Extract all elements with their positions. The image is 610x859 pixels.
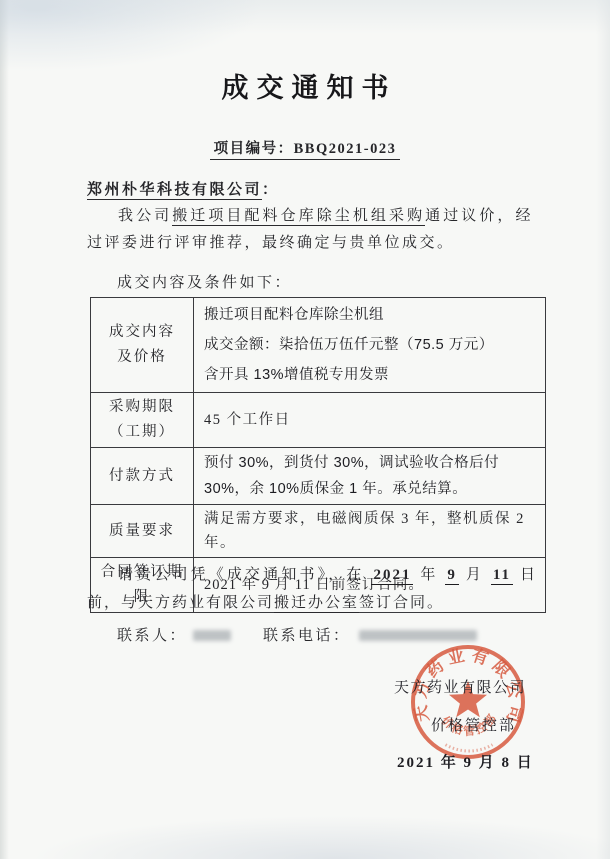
label-line: （工期）	[93, 420, 191, 445]
redacted-contact-name	[193, 630, 231, 641]
procurement-item-underlined: 搬迁项目配料仓库除尘机组采购	[172, 208, 425, 226]
cell-payment-terms: 预付 30%，到货付 30%，调试验收合格后付 30%，余 10%质保金 1 年…	[194, 448, 546, 505]
intro-paragraph: 我公司搬迁项目配料仓库除尘机组采购通过议价，经过评委进行评审推荐，最终确定与贵单…	[87, 203, 533, 257]
table-row-content-price: 成交内容 及价格 搬迁项目配料仓库除尘机组 成交金额：柒拾伍万伍仟元整（75.5…	[91, 298, 546, 393]
recipient-line: 郑州朴华科技有限公司：	[87, 178, 280, 199]
table-row-payment: 付款方式 预付 30%，到货付 30%，调试验收合格后付 30%，余 10%质保…	[91, 448, 546, 505]
award-amount: 成交金额：柒拾伍万伍仟元整（75.5 万元）	[204, 330, 537, 360]
recipient-colon: ：	[262, 182, 280, 198]
closing-seg: 年	[413, 567, 445, 583]
row-label-duration: 采购期限 （工期）	[91, 393, 194, 448]
deadline-day: 11	[491, 567, 513, 585]
row-label-payment: 付款方式	[91, 448, 194, 505]
table-row-quality: 质量要求 满足需方要求，电磁阀质保 3 年，整机质保 2 年。	[91, 505, 546, 558]
closing-seg: 签订合同。	[359, 595, 444, 611]
closing-seg: 请贵公司凭《成交通知书》，在	[118, 567, 371, 583]
cell-duration: 45 个工作日	[194, 393, 546, 448]
cell-quality: 满足需方要求，电磁阀质保 3 年，整机质保 2 年。	[194, 505, 546, 558]
row-label-content-price: 成交内容 及价格	[91, 298, 194, 393]
company-seal-stamp: 天方药业有限公司 价格管控部	[402, 641, 534, 767]
signature-department: 价格管控部	[431, 714, 516, 735]
label-line: 成交内容	[93, 320, 191, 345]
signature-company: 天方药业有限公司	[394, 676, 526, 697]
cell-content-price: 搬迁项目配料仓库除尘机组 成交金额：柒拾伍万伍仟元整（75.5 万元） 含开具 …	[194, 298, 546, 393]
closing-seg: 月	[459, 567, 491, 583]
intro-lead: 我公司	[118, 208, 172, 224]
project-number: 项目编号：BBQ2021-023	[0, 137, 610, 158]
contact-person-label: 联系人：	[117, 628, 187, 644]
recipient-company-name: 郑州朴华科技有限公司	[87, 182, 262, 200]
row-label-quality: 质量要求	[91, 505, 194, 558]
scanned-document-page: 成交通知书 项目编号：BBQ2021-023 郑州朴华科技有限公司： 我公司搬迁…	[0, 0, 610, 859]
table-intro-line: 成交内容及条件如下：	[117, 271, 292, 292]
redacted-contact-phone	[359, 630, 477, 641]
signature-date: 2021 年 9 月 8 日	[397, 751, 534, 772]
closing-paragraph: 请贵公司凭《成交通知书》，在 2021 年 9 月 11 日前，与天方药业有限公…	[87, 561, 537, 617]
tax-invoice-note: 含开具 13%增值税专用发票	[204, 360, 537, 390]
relocation-office-underlined: 搬迁办公室	[274, 595, 359, 613]
label-line: 采购期限	[93, 395, 191, 420]
project-number-text: 项目编号：BBQ2021-023	[210, 141, 401, 160]
document-title: 成交通知书	[0, 66, 610, 105]
deadline-year: 2021	[371, 567, 413, 585]
table-row-duration: 采购期限 （工期） 45 个工作日	[91, 393, 546, 448]
label-line: 及价格	[93, 345, 191, 370]
item-name: 搬迁项目配料仓库除尘机组	[204, 300, 537, 330]
contact-phone-label: 联系电话：	[263, 628, 351, 644]
deadline-month: 9	[445, 567, 459, 585]
